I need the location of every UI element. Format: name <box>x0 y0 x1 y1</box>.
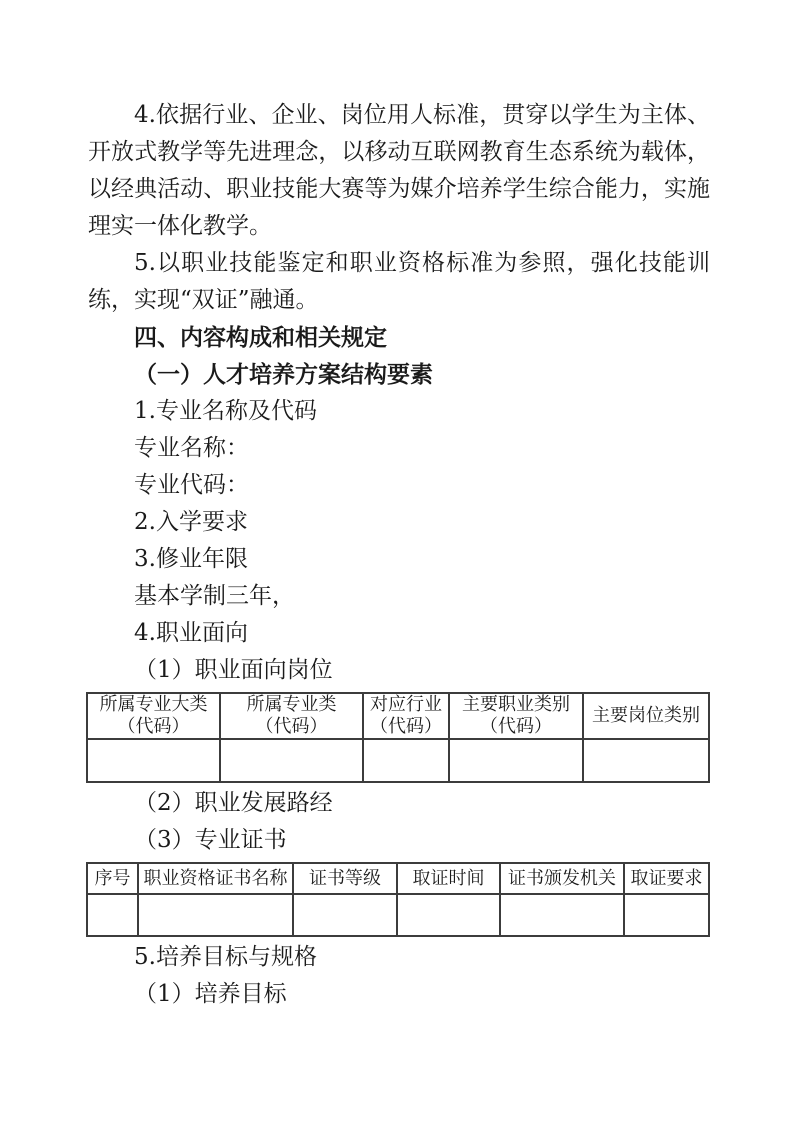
career-header-major-class: 所属专业类 （代码） <box>220 693 363 739</box>
subsection-heading: （一）人才培养方案结构要素 <box>88 356 710 393</box>
career-header-position-category: 主要岗位类别 <box>583 693 709 739</box>
table-cell <box>87 894 138 936</box>
table-cell <box>87 739 220 782</box>
table-cell <box>220 739 363 782</box>
cert-header-issuing-authority: 证书颁发机关 <box>500 863 624 894</box>
sub-item-training-objectives: （1）培养目标 <box>88 976 710 1013</box>
cert-header-obtain-time: 取证时间 <box>397 863 500 894</box>
certificate-table: 序号 职业资格证书名称 证书等级 取证时间 证书颁发机关 取证要求 <box>86 862 710 937</box>
sub-item-career-positions: （1）职业面向岗位 <box>88 652 710 689</box>
career-header-industry: 对应行业 （代码） <box>363 693 449 739</box>
career-positions-table: 所属专业大类 （代码） 所属专业类 （代码） 对应行业 （代码） 主要职业类别 … <box>86 692 710 783</box>
document-page: 4.依据行业、企业、岗位用人标准，贯穿以学生为主体、开放式教学等先进理念，以移动… <box>0 0 794 1122</box>
certificate-table-header-row: 序号 职业资格证书名称 证书等级 取证时间 证书颁发机关 取证要求 <box>87 863 709 894</box>
career-header-major-category: 所属专业大类 （代码） <box>87 693 220 739</box>
table-cell <box>363 739 449 782</box>
cert-header-index: 序号 <box>87 863 138 894</box>
sub-item-career-development-path: （2）职业发展路经 <box>88 785 710 822</box>
item-career-orientation: 4.职业面向 <box>88 615 710 652</box>
career-table-empty-row <box>87 739 709 782</box>
line-basic-schooling: 基本学制三年， <box>88 578 710 615</box>
paragraph-4: 4.依据行业、企业、岗位用人标准，贯穿以学生为主体、开放式教学等先进理念，以移动… <box>88 97 710 245</box>
table-cell <box>449 739 583 782</box>
career-table-header-row: 所属专业大类 （代码） 所属专业类 （代码） 对应行业 （代码） 主要职业类别 … <box>87 693 709 739</box>
table-cell <box>397 894 500 936</box>
section-heading: 四、内容构成和相关规定 <box>88 319 710 356</box>
table-cell <box>138 894 293 936</box>
certificate-table-empty-row <box>87 894 709 936</box>
item-training-objectives-and-specs: 5.培养目标与规格 <box>88 939 710 976</box>
cert-header-certificate-name: 职业资格证书名称 <box>138 863 293 894</box>
table-cell <box>624 894 709 936</box>
item-admission-requirements: 2.入学要求 <box>88 504 710 541</box>
career-header-occupation-category: 主要职业类别 （代码） <box>449 693 583 739</box>
item-study-duration: 3.修业年限 <box>88 541 710 578</box>
table-cell <box>583 739 709 782</box>
table-cell <box>293 894 397 936</box>
item-major-name-and-code: 1.专业名称及代码 <box>88 393 710 430</box>
sub-item-professional-certificates: （3）专业证书 <box>88 822 710 859</box>
label-major-name: 专业名称： <box>88 430 710 467</box>
paragraph-5: 5.以职业技能鉴定和职业资格标准为参照，强化技能训练，实现“双证”融通。 <box>88 245 710 319</box>
table-cell <box>500 894 624 936</box>
cert-header-certificate-level: 证书等级 <box>293 863 397 894</box>
cert-header-obtain-requirements: 取证要求 <box>624 863 709 894</box>
label-major-code: 专业代码： <box>88 467 710 504</box>
